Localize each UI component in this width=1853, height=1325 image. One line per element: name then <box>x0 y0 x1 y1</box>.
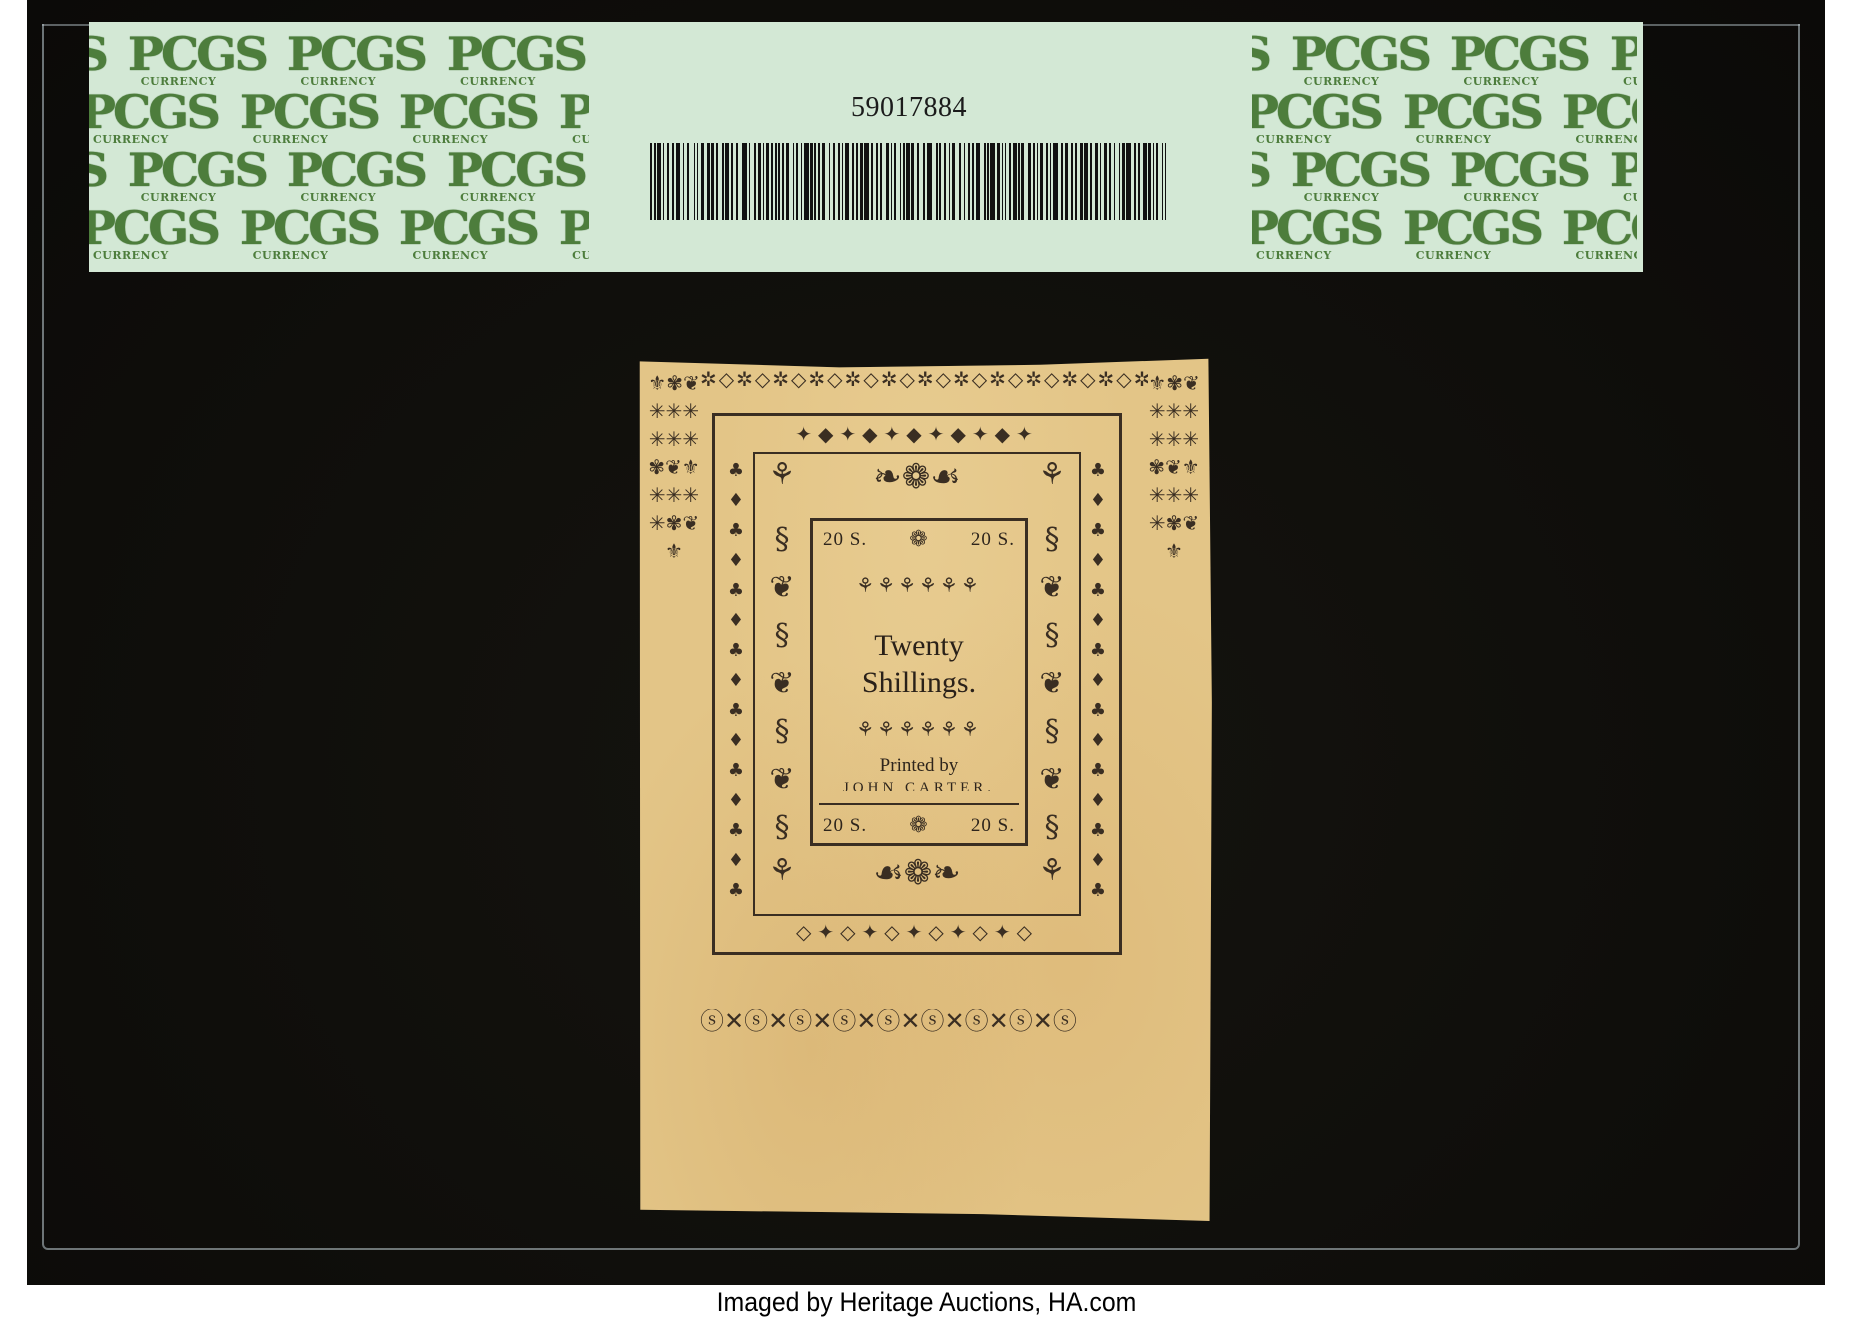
pcgs-logo: PCGSCURRENCY <box>243 206 375 262</box>
logo-row: PCGSCURRENCYPCGSCURRENCYPCGSCURRENCYPCGS… <box>1252 206 1637 262</box>
pcgs-logo: PCGSCURRENCY <box>1252 206 1378 262</box>
pcgs-logo: PCGSCURRENCY <box>450 32 582 88</box>
holder-edge-top-right <box>1643 24 1800 26</box>
top-denomination-row: 20 S. ❁ 20 S. <box>813 527 1025 552</box>
scroll-ornament-right: § ❦ § ❦ § ❦ § <box>1029 516 1075 856</box>
grading-label: PCGSCURRENCYPCGSCURRENCYPCGSCURRENCYPCGS… <box>89 22 1643 272</box>
pcgs-logo: PCGSCURRENCY <box>450 148 582 204</box>
corner-denomination-bottom-left: 20 S. <box>823 815 867 837</box>
pcgs-logo: PCGSCURRENCY <box>1613 148 1637 204</box>
holder-edge-top-left <box>42 24 90 26</box>
pcgs-logo: PCGSCURRENCY <box>89 148 103 204</box>
inner-rule-right <box>1079 452 1081 916</box>
logo-row: PCGSCURRENCYPCGSCURRENCYPCGSCURRENCYPCGS… <box>1252 90 1637 146</box>
pcgs-logo: PCGSCURRENCY <box>1453 148 1585 204</box>
pcgs-logo: PCGSCURRENCY <box>89 32 103 88</box>
panel-divider <box>819 803 1019 805</box>
inner-strip-left: ♣♦♣♦♣♦♣♦♣♦♣♦♣♦♣ <box>723 456 749 906</box>
pcgs-logo: PCGSCURRENCY <box>402 90 534 146</box>
pcgs-logo: PCGSCURRENCY <box>89 90 215 146</box>
inner-strip-top: ✦◆✦◆✦◆✦◆✦◆✦ <box>725 422 1109 448</box>
scroll-ornament-left: § ❦ § ❦ § ❦ § <box>759 516 805 856</box>
pcgs-logo: PCGSCURRENCY <box>1613 32 1637 88</box>
pcgs-logo: PCGSCURRENCY <box>1453 32 1585 88</box>
logo-row: PCGSCURRENCYPCGSCURRENCYPCGSCURRENCYPCGS… <box>89 32 589 88</box>
logo-row: PCGSCURRENCYPCGSCURRENCYPCGSCURRENCYPCGS… <box>1252 32 1637 88</box>
scroll-ornament-top: ❧❁☙ <box>805 460 1029 512</box>
pcgs-logo: PCGSCURRENCY <box>1565 90 1637 146</box>
pcgs-logo: PCGSCURRENCY <box>402 206 534 262</box>
border-band-left: ⚜✾❦✳✳✳✳✳✳✾❦⚜✳✳✳✳✾❦⚜ <box>648 369 700 1049</box>
rosette-icon: ❁ <box>909 813 928 838</box>
pcgs-logo: PCGSCURRENCY <box>1252 32 1266 88</box>
pcgs-logo: PCGSCURRENCY <box>131 148 263 204</box>
logo-row: PCGSCURRENCYPCGSCURRENCYPCGSCURRENCYPCGS… <box>1252 148 1637 204</box>
corner-ornament-tl: ⚘ <box>759 460 805 512</box>
denomination-line-1: Twenty <box>813 629 1025 663</box>
logo-row: PCGSCURRENCYPCGSCURRENCYPCGSCURRENCYPCGS… <box>89 90 589 146</box>
pcgs-logo: PCGSCURRENCY <box>1252 148 1266 204</box>
corner-ornament-bl: ⚘ <box>759 856 805 908</box>
pcgs-logo: PCGSCURRENCY <box>243 90 375 146</box>
logo-pattern-right: PCGSCURRENCYPCGSCURRENCYPCGSCURRENCYPCGS… <box>1252 28 1637 266</box>
barcode <box>650 143 1168 220</box>
printer-credit-line-1: Printed by <box>813 755 1025 777</box>
inner-rule-top <box>753 452 1081 454</box>
pcgs-logo: PCGSCURRENCY <box>290 148 422 204</box>
pcgs-logo: PCGSCURRENCY <box>1294 148 1426 204</box>
serial-number: 59017884 <box>649 92 1169 124</box>
flourish-row-top: ⚘⚘⚘⚘⚘⚘ <box>821 573 1017 597</box>
rosette-icon: ❁ <box>909 527 928 552</box>
scroll-ornament-bottom: ☙❁❧ <box>805 856 1029 908</box>
pcgs-logo: PCGSCURRENCY <box>1294 32 1426 88</box>
flourish-row-bottom: ⚘⚘⚘⚘⚘⚘ <box>821 717 1017 741</box>
inner-rule-left <box>753 452 755 916</box>
border-band-right: ⚜✾❦✳✳✳✳✳✳✾❦⚜✳✳✳✳✾❦⚜ <box>1148 369 1200 1049</box>
inner-strip-right: ♣♦♣♦♣♦♣♦♣♦♣♦♣♦♣ <box>1085 456 1111 906</box>
pcgs-logo: PCGSCURRENCY <box>562 206 589 262</box>
denomination-line-2: Shillings. <box>813 666 1025 700</box>
pcgs-logo: PCGSCURRENCY <box>131 32 263 88</box>
corner-ornament-tr: ⚘ <box>1029 460 1075 512</box>
corner-denomination-top-right: 20 S. <box>971 529 1015 551</box>
corner-ornament-br: ⚘ <box>1029 856 1075 908</box>
pcgs-logo: PCGSCURRENCY <box>1406 90 1538 146</box>
logo-row: PCGSCURRENCYPCGSCURRENCYPCGSCURRENCYPCGS… <box>89 148 589 204</box>
printer-credit-line-2: JOHN CARTER. <box>813 780 1025 797</box>
pcgs-logo: PCGSCURRENCY <box>1565 206 1637 262</box>
pcgs-logo: PCGSCURRENCY <box>1252 90 1378 146</box>
pcgs-logo: PCGSCURRENCY <box>89 206 215 262</box>
center-text-panel: 20 S. ❁ 20 S. ⚘⚘⚘⚘⚘⚘ Twenty Shillings. ⚘… <box>810 518 1028 846</box>
pcgs-logo: PCGSCURRENCY <box>1406 206 1538 262</box>
corner-denomination-top-left: 20 S. <box>823 529 867 551</box>
logo-pattern-left: PCGSCURRENCYPCGSCURRENCYPCGSCURRENCYPCGS… <box>89 28 589 266</box>
pcgs-logo: PCGSCURRENCY <box>290 32 422 88</box>
image-credit-caption: Imaged by Heritage Auctions, HA.com <box>74 1287 1779 1318</box>
inner-rule-bottom <box>753 914 1081 916</box>
banknote: ✲◇✲◇✲◇✲◇✲◇✲◇✲◇✲◇✲◇✲◇✲◇✲◇✲ ⓢ✕ⓢ✕ⓢ✕ⓢ✕ⓢ✕ⓢ✕ⓢ✕… <box>638 357 1213 1221</box>
logo-row: PCGSCURRENCYPCGSCURRENCYPCGSCURRENCYPCGS… <box>89 206 589 262</box>
border-band-bottom: ⓢ✕ⓢ✕ⓢ✕ⓢ✕ⓢ✕ⓢ✕ⓢ✕ⓢ✕ⓢ <box>700 1009 1148 1039</box>
bottom-denomination-row: 20 S. ❁ 20 S. <box>813 813 1025 838</box>
border-band-top: ✲◇✲◇✲◇✲◇✲◇✲◇✲◇✲◇✲◇✲◇✲◇✲◇✲ <box>700 369 1148 395</box>
corner-denomination-bottom-right: 20 S. <box>971 815 1015 837</box>
inner-strip-bottom: ◇✦◇✦◇✦◇✦◇✦◇ <box>725 920 1109 946</box>
pcgs-logo: PCGSCURRENCY <box>562 90 589 146</box>
